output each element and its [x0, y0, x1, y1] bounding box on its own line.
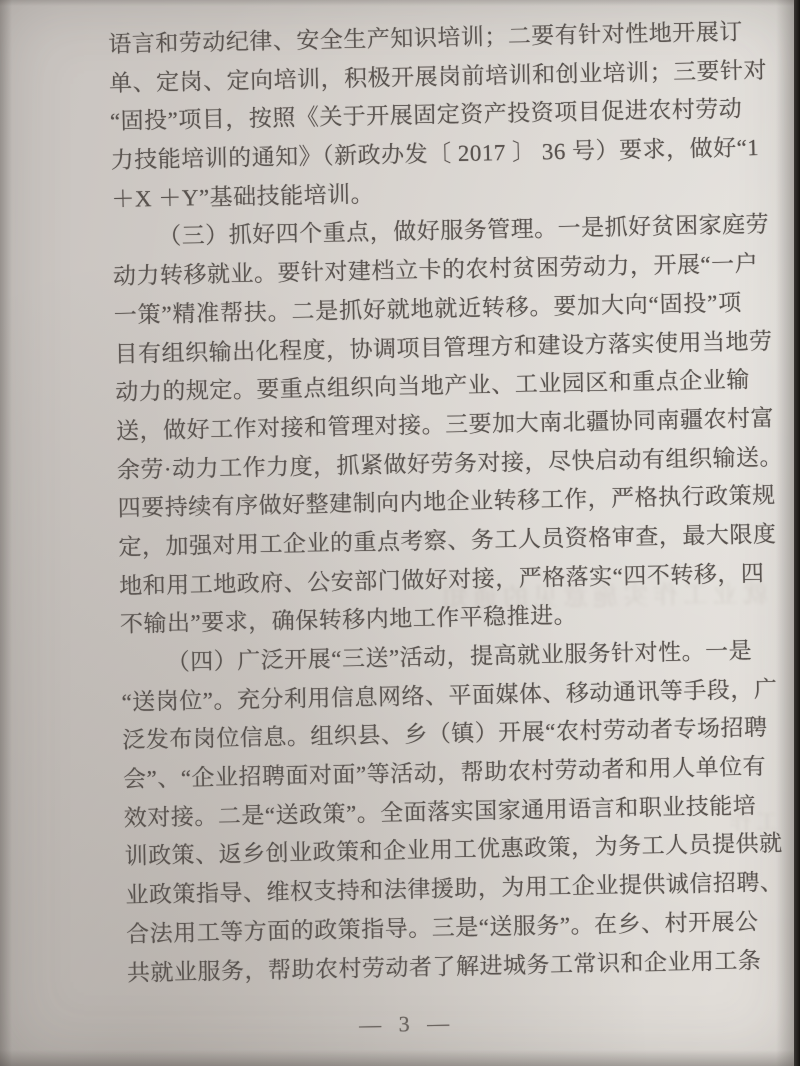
page-number: — 3 —	[93, 1005, 721, 1044]
photo-right-black-border	[794, 0, 800, 1066]
document-text-lines: 语言和劳动纪律、安全生产知识培训；二要有针对性地开展订单、定岗、定向培训，积极开…	[108, 13, 755, 993]
photo-right-edge-shadow	[776, 0, 794, 1066]
photo-bottom-edge-shadow	[0, 1050, 800, 1066]
photographed-document-page: 就业工作实施意见的通知 工作 语言和劳动纪律、安全生产知识培训；二要有针对性地开…	[0, 0, 800, 1066]
document-content: 语言和劳动纪律、安全生产知识培训；二要有针对性地开展订单、定岗、定向培训，积极开…	[108, 13, 756, 1043]
photo-left-edge-shadow	[0, 0, 12, 1066]
photo-top-edge-shadow	[0, 0, 800, 6]
